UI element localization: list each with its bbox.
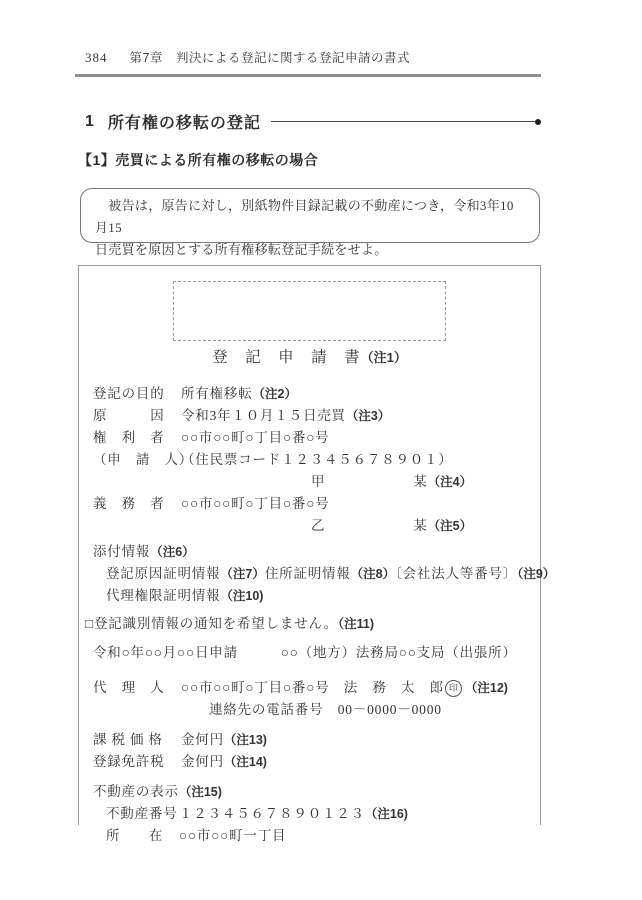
note-ref: （注7） [220,567,264,581]
field-value: （住民票コード１２３４５６７８９０１） [181,452,453,467]
field-value: ○○市○○町○丁目○番○号 [181,496,329,511]
field-label: 課 税 価 格 [93,729,181,751]
note-ref: （注15) [179,785,222,799]
section-bullet-icon [535,119,541,125]
chapter-title: 第7章 判決による登記に関する登記申請の書式 [130,48,410,66]
note-ref: （注9） [517,567,555,581]
court-order-text-line: 日売買を原因とする所有権移転登記手続をせよ。 [95,239,525,261]
form-line: 登記の目的所有権移転（注2） [79,383,540,405]
field-value: １２３４５６７８９０１２３ [179,806,365,821]
field-value: 所有権移転 [181,386,253,401]
form-line-gap [79,664,540,677]
field-value: 添付情報 [93,544,150,559]
field-label: 不動産番号 [106,803,179,825]
note-ref: （注11) [338,617,374,631]
form-line: 課 税 価 格金何円（注13) [79,729,540,751]
note-ref: （注4） [428,475,472,489]
field-value: 令和3年１０月１５日売買 [181,408,346,423]
form-line: 不動産番号１２３４５６７８９０１２３（注16) [79,803,540,825]
field-value: 〔会社法人等番号〕 [395,566,517,581]
field-label: 登録免許税 [93,751,181,773]
form-line: 乙某（注5） [79,515,540,537]
party-name: 某 [413,518,427,533]
field-label: 権 利 者 [93,427,181,449]
form-line: 連絡先の電話番号 00－0000－0000 [79,699,540,721]
running-head: 384 第7章 判決による登記に関する登記申請の書式 [85,48,410,66]
note-ref: （注16) [365,807,408,821]
field-value: 代理権限証明情報 [106,588,220,603]
note-ref: （注1） [361,350,407,365]
note-ref: （注6） [150,545,194,559]
field-value: 金何円 [181,754,224,769]
subsection-title: 売買による所有権の移転の場合 [115,152,318,168]
note-ref: （注13) [224,733,267,747]
form-title-text: 登 記 申 請 書 [212,349,361,366]
form-line: 添付情報（注6） [79,541,540,563]
form-line: 令和○年○○月○○日申請 ○○（地方）法務局○○支局（出張所） [79,642,540,664]
form-line: 原 因令和3年１０月１５日売買（注3） [79,405,540,427]
field-value: ○○市○○町一丁目 [179,828,286,843]
form-line: 不動産の表示（注15) [79,781,540,803]
seal-stamp-icon: 印 [445,680,462,697]
field-value: 令和○年○○月○○日申請 ○○（地方）法務局○○支局（出張所） [93,645,517,660]
field-label: 登記の目的 [93,383,181,405]
field-label: 原 因 [93,405,181,427]
field-value: 登記原因証明情報 [106,566,220,581]
form-title: 登 記 申 請 書（注1） [79,347,540,369]
party-name: 乙 [311,518,325,533]
note-ref: （注14) [224,755,267,769]
subsection-heading: 【1】売買による所有権の移転の場合 [78,150,318,170]
form-line: 登記原因証明情報（注7）住所証明情報（注8）〔会社法人等番号〕（注9） [79,563,540,585]
field-value: 不動産の表示 [93,784,179,799]
form-line: 権 利 者○○市○○町○丁目○番○号 [79,427,540,449]
note-ref: （注12) [465,681,508,695]
field-value: 金何円 [181,732,224,747]
section-title: 所有権の移転の登記 [108,110,261,133]
note-ref: （注5） [428,519,472,533]
section-heading: 1 所有権の移転の登記 [85,110,541,133]
header-rule [75,74,541,77]
field-label: 義 務 者 [93,493,181,515]
note-ref: （注3） [346,409,390,423]
reserved-dashed-box [173,281,446,341]
party-name: 甲 [311,474,325,489]
form-line-gap [79,635,540,642]
note-ref: （注2） [253,387,297,401]
book-page: 384 第7章 判決による登記に関する登記申請の書式 1 所有権の移転の登記 【… [0,0,642,900]
form-lines: 登記の目的所有権移転（注2）原 因令和3年１０月１５日売買（注3）権 利 者○○… [79,383,540,847]
field-label: （申 請 人） [93,449,181,471]
field-value: □登記識別情報の通知を希望しません。 [85,616,338,631]
page-number: 384 [85,50,108,66]
court-order-text-line: 被告は，原告に対し，別紙物件目録記載の不動産につき，令和3年10月15 [95,195,525,239]
field-label: 所 在 [106,825,179,847]
subsection-label: 【1】 [78,152,115,168]
form-line-gap [79,773,540,781]
party-name: 某 [413,474,427,489]
note-ref: （注8） [351,567,395,581]
form-line: 所 在○○市○○町一丁目 [79,825,540,847]
form-line: 甲某（注4） [79,471,540,493]
field-value: ○○市○○町○丁目○番○号 法 務 太 郎 [181,680,444,695]
note-ref: （注10) [220,589,263,603]
court-order-box: 被告は，原告に対し，別紙物件目録記載の不動産につき，令和3年10月15 日売買を… [80,188,540,243]
form-line-gap [79,721,540,729]
form-line: 義 務 者○○市○○町○丁目○番○号 [79,493,540,515]
form-line: □登記識別情報の通知を希望しません。（注11) [79,613,540,635]
form-line: 代理権限証明情報（注10) [79,585,540,607]
field-label: 代 理 人 [93,677,181,699]
registration-application-form: 登 記 申 請 書（注1） 登記の目的所有権移転（注2）原 因令和3年１０月１５… [78,265,541,825]
section-leader-line [271,121,535,122]
field-value: ○○市○○町○丁目○番○号 [181,430,329,445]
form-line: （申 請 人）（住民票コード１２３４５６７８９０１） [79,449,540,471]
section-number: 1 [85,113,94,131]
field-value: 連絡先の電話番号 00－0000－0000 [209,702,442,717]
form-line: 代 理 人○○市○○町○丁目○番○号 法 務 太 郎印（注12) [79,677,540,699]
form-line: 登録免許税金何円（注14) [79,751,540,773]
field-value: 住所証明情報 [265,566,351,581]
